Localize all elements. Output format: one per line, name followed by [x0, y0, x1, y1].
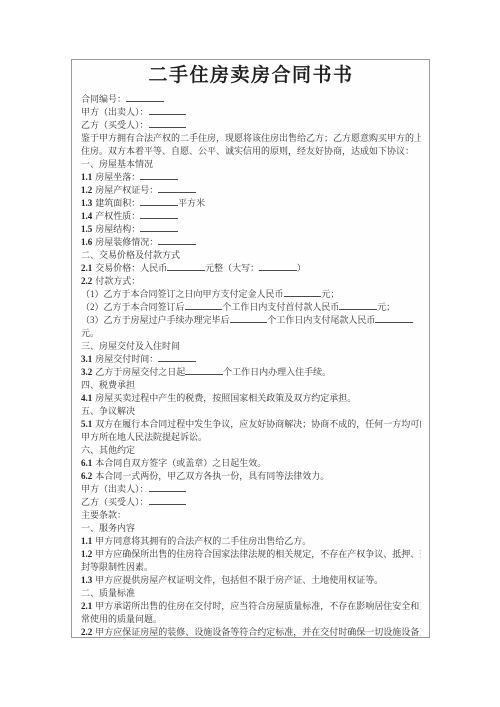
blank-field — [185, 302, 223, 310]
document-line: 鉴于甲方拥有合法产权的二手住房，现愿将该住房出售给乙方；乙方愿意购买甲方的上述 — [81, 132, 421, 145]
document-line: 3.2乙方于房屋交付之日起个工作日内办理入住手续。 — [81, 366, 421, 379]
clause-number: 6.1 — [81, 458, 92, 468]
document-line: 乙方（买受人）： — [81, 119, 421, 132]
blank-field — [149, 120, 187, 128]
clause-number: 1.2 — [81, 549, 92, 559]
document-line: 1.5房屋结构： — [81, 223, 421, 236]
document-line: 1.6房屋装修情况： — [81, 236, 421, 249]
document-line: 封等限制性因素。 — [81, 561, 421, 574]
document-line: 乙方（买受人）： — [81, 496, 421, 509]
document-line: 五、争议解决 — [81, 405, 421, 418]
document-line: 二、交易价格及付款方式 — [81, 249, 421, 262]
document-line: 3.1房屋交付时间： — [81, 353, 421, 366]
document-line: 元。 — [81, 327, 421, 340]
blank-field — [259, 263, 297, 271]
document-line: 1.2房屋产权证号： — [81, 184, 421, 197]
document-line: 甲方（出卖人）： — [81, 483, 421, 496]
clause-number: 3.1 — [81, 354, 92, 364]
document-line: 2.2付款方式： — [81, 275, 421, 288]
clause-number: 1.1 — [81, 536, 92, 546]
document-line: 6.2本合同一式两份，甲乙双方各执一份，具有同等法律效力。 — [81, 470, 421, 483]
document-line: 常使用的质量问题。 — [81, 613, 421, 626]
document-line: 三、房屋交付及入住时间 — [81, 340, 421, 353]
document-line: 甲方所在地人民法院提起诉讼。 — [81, 431, 421, 444]
clause-number: 1.4 — [81, 211, 92, 221]
clause-number: 1.5 — [81, 224, 92, 234]
blank-field — [230, 315, 268, 323]
document-line: 5.1双方在履行本合同过程中发生争议，应友好协商解决；协商不成的，任何一方均可向 — [81, 418, 421, 431]
document-line: （1）乙方于本合同签订之日向甲方支付定金人民币元； — [81, 288, 421, 301]
blank-field — [375, 315, 413, 323]
blank-field — [149, 107, 187, 115]
document-line: 四、税费承担 — [81, 379, 421, 392]
blank-field — [158, 354, 196, 362]
blank-field — [126, 94, 164, 102]
clause-number: 3.2 — [81, 367, 92, 377]
clause-number: 1.3 — [81, 575, 92, 585]
clause-number: 1.3 — [81, 198, 92, 208]
clause-number: 1.6 — [81, 237, 92, 247]
blank-field — [140, 224, 178, 232]
document-line: 6.1本合同自双方签字（或盖章）之日起生效。 — [81, 457, 421, 470]
document-line: 2.1交易价格：人民币元整（大写：） — [81, 262, 421, 275]
blank-field — [158, 237, 196, 245]
blank-field — [158, 185, 196, 193]
clause-number: 6.2 — [81, 471, 92, 481]
document-line: 一、服务内容 — [81, 522, 421, 535]
blank-field — [284, 289, 322, 297]
document-border-box: 二手住房卖房合同书书 合同编号：甲方（出卖人）：乙方（买受人）：鉴于甲方拥有合法… — [71, 59, 430, 638]
document-line: 合同编号： — [81, 93, 421, 106]
contract-page: 二手住房卖房合同书书 合同编号：甲方（出卖人）：乙方（买受人）：鉴于甲方拥有合法… — [0, 0, 500, 707]
blank-field — [149, 484, 187, 492]
blank-field — [140, 172, 178, 180]
blank-field — [167, 263, 205, 271]
blank-field — [339, 302, 377, 310]
document-line: 甲方（出卖人）： — [81, 106, 421, 119]
document-line: 4.1房屋买卖过程中产生的税费，按照国家相关政策及双方约定承担。 — [81, 392, 421, 405]
clause-number: 2.2 — [81, 276, 92, 286]
clause-number: 1.1 — [81, 172, 92, 182]
clause-number: 2.1 — [81, 263, 92, 273]
clause-number: 5.1 — [81, 419, 92, 429]
document-line: 主要条款： — [81, 509, 421, 522]
document-line: 1.2甲方应确保所出售的住房符合国家法律法规的相关规定，不存在产权争议、抵押、查 — [81, 548, 421, 561]
document-line: （3）乙方于房屋过户手续办理完毕后个工作日内支付尾款人民币 — [81, 314, 421, 327]
document-line: 住房。双方本着平等、自愿、公平、诚实信用的原则，经友好协商，达成如下协议： — [81, 145, 421, 158]
document-line: 二、质量标准 — [81, 587, 421, 600]
blank-field — [140, 198, 178, 206]
document-line: 1.3建筑面积：平方米 — [81, 197, 421, 210]
document-line: 1.3甲方应提供房屋产权证明文件，包括但不限于房产证、土地使用权证等。 — [81, 574, 421, 587]
clause-number: 2.2 — [81, 627, 92, 637]
document-line: 六、其他约定 — [81, 444, 421, 457]
clause-number: 1.2 — [81, 185, 92, 195]
document-line: 1.1甲方同意将其拥有的合法产权的二手住房出售给乙方。 — [81, 535, 421, 548]
blank-field — [149, 497, 187, 505]
document-line: （2）乙方于本合同签订后个工作日内支付首付款人民币元； — [81, 301, 421, 314]
document-title: 二手住房卖房合同书书 — [81, 63, 421, 89]
blank-field — [185, 367, 223, 375]
blank-field — [140, 211, 178, 219]
document-line: 2.2甲方应保证房屋的装修、设施设备等符合约定标准，并在交付时确保一切设施设备正 — [81, 626, 421, 638]
clause-number: 4.1 — [81, 393, 92, 403]
document-line: 2.1甲方承诺所出售的住房在交付时，应当符合房屋质量标准，不存在影响居住安全和正 — [81, 600, 421, 613]
document-line: 1.1房屋坐落： — [81, 171, 421, 184]
document-line: 1.4产权性质： — [81, 210, 421, 223]
document-body: 合同编号：甲方（出卖人）：乙方（买受人）：鉴于甲方拥有合法产权的二手住房，现愿将… — [81, 93, 421, 638]
document-line: 一、房屋基本情况 — [81, 158, 421, 171]
clause-number: 2.1 — [81, 601, 92, 611]
